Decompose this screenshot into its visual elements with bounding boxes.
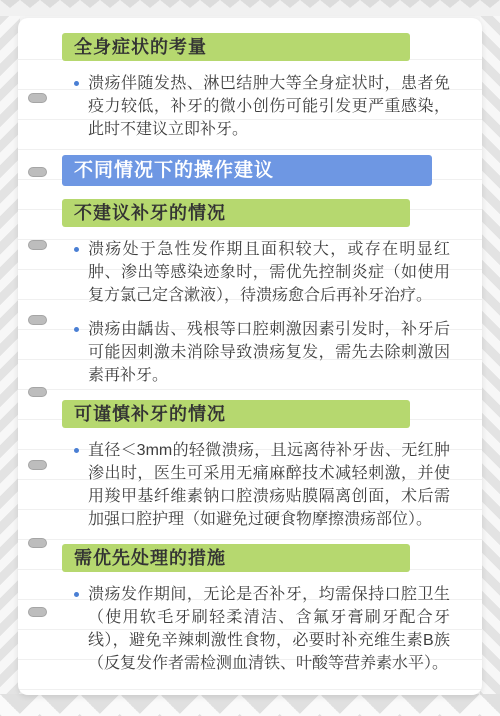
bottom-zigzag-border bbox=[0, 694, 500, 716]
fastener-clip-icon bbox=[28, 240, 47, 250]
bullet-item: 溃疡处于急性发作期且面积较大，或存在明显红肿、渗出等感染迹象时，需优先控制炎症（… bbox=[72, 238, 450, 307]
section-header-systemic-symptoms: 全身症状的考量 bbox=[62, 33, 410, 61]
fastener-clip-icon bbox=[28, 460, 47, 470]
infographic-page: 全身症状的考量 溃疡伴随发热、淋巴结肿大等全身症状时，患者免疫力较低，补牙的微小… bbox=[0, 0, 500, 716]
section-header-priority-measures: 需优先处理的措施 bbox=[62, 544, 410, 572]
bullet-dot-icon bbox=[74, 81, 79, 86]
bullet-item: 溃疡伴随发热、淋巴结肿大等全身症状时，患者免疫力较低，补牙的微小创伤可能引发更严… bbox=[72, 72, 450, 141]
right-stripe-border bbox=[480, 0, 500, 716]
section-header-cautious-filling: 可谨慎补牙的情况 bbox=[62, 400, 410, 428]
bullet-text: 溃疡伴随发热、淋巴结肿大等全身症状时，患者免疫力较低，补牙的微小创伤可能引发更严… bbox=[88, 72, 450, 141]
bullet-dot-icon bbox=[74, 592, 79, 597]
bullet-text: 溃疡发作期间，无论是否补牙，均需保持口腔卫生（使用软毛牙刷轻柔清洁、含氟牙膏刷牙… bbox=[88, 583, 450, 675]
bullet-dot-icon bbox=[74, 448, 79, 453]
section-header-not-recommended: 不建议补牙的情况 bbox=[62, 199, 410, 227]
bullet-item: 溃疡由龋齿、残根等口腔刺激因素引发时，补牙后可能因刺激未消除导致溃疡复发，需先去… bbox=[72, 318, 450, 387]
bullet-item: 直径＜3mm的轻微溃疡，且远离待补牙齿、无红肿渗出时，医生可采用无痛麻醉技术减轻… bbox=[72, 439, 450, 531]
fastener-clip-icon bbox=[28, 607, 47, 617]
bullet-text: 直径＜3mm的轻微溃疡，且远离待补牙齿、无红肿渗出时，医生可采用无痛麻醉技术减轻… bbox=[88, 439, 450, 531]
fastener-clip-icon bbox=[28, 93, 47, 103]
left-stripe-border bbox=[0, 0, 20, 716]
bullet-dot-icon bbox=[74, 327, 79, 332]
fastener-clip-icon bbox=[28, 167, 47, 177]
fastener-clip-icon bbox=[28, 538, 47, 548]
bullet-item: 溃疡发作期间，无论是否补牙，均需保持口腔卫生（使用软毛牙刷轻柔清洁、含氟牙膏刷牙… bbox=[72, 583, 450, 675]
bullet-dot-icon bbox=[74, 247, 79, 252]
fastener-clip-icon bbox=[28, 387, 47, 397]
bullet-text: 溃疡由龋齿、残根等口腔刺激因素引发时，补牙后可能因刺激未消除导致溃疡复发，需先去… bbox=[88, 318, 450, 387]
bullet-text: 溃疡处于急性发作期且面积较大，或存在明显红肿、渗出等感染迹象时，需优先控制炎症（… bbox=[88, 238, 450, 307]
top-zigzag-border bbox=[0, 0, 500, 16]
content-card: 全身症状的考量 溃疡伴随发热、淋巴结肿大等全身症状时，患者免疫力较低，补牙的微小… bbox=[18, 18, 482, 695]
card-content: 全身症状的考量 溃疡伴随发热、淋巴结肿大等全身症状时，患者免疫力较低，补牙的微小… bbox=[62, 18, 466, 675]
fastener-clip-icon bbox=[28, 315, 47, 325]
section-header-operation-recommendations: 不同情况下的操作建议 bbox=[62, 155, 432, 186]
